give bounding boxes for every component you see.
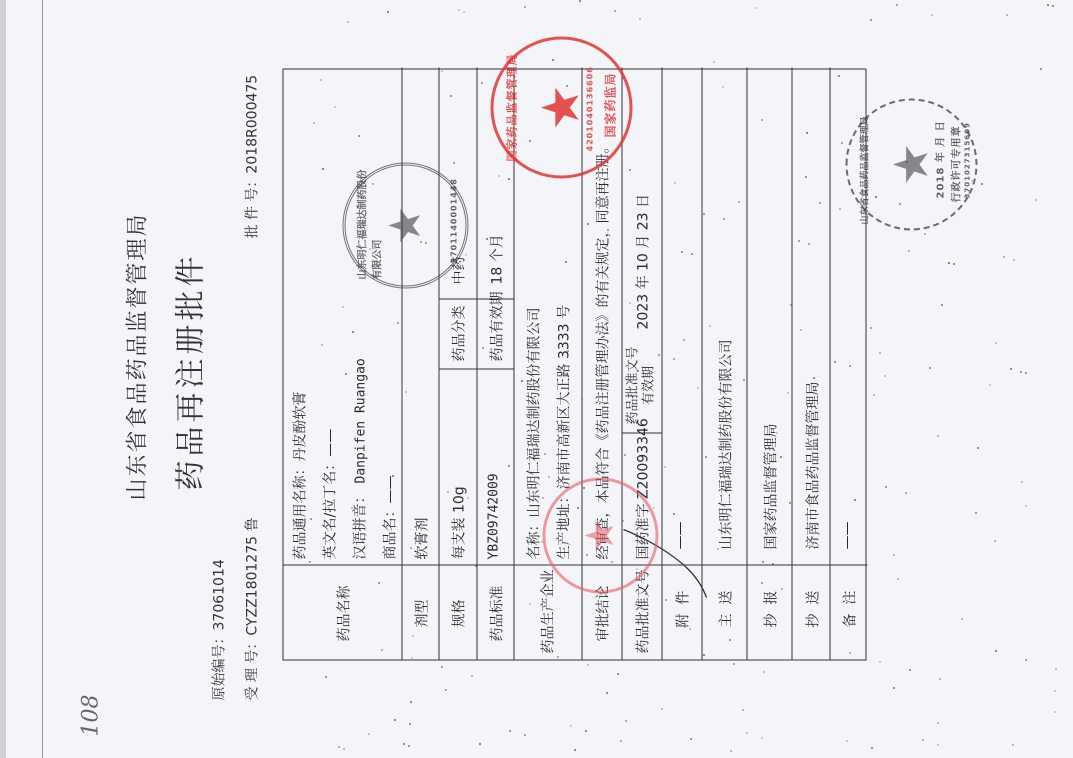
approval-validity-label: 药品批准文号有效期 (625, 343, 657, 427)
company-seal: ★ 山东明仁福瑞达制药股份有限公司 3701140001448 (342, 162, 468, 288)
red-seal-bottom: 国家药监局 (601, 72, 618, 137)
validity-value: 18 个月 (486, 234, 506, 284)
generic-name: 药品通用名称：丹皮酚软膏 (289, 391, 309, 559)
pinyin-name-value: Danpifen Ruangao (353, 358, 368, 483)
manufacturer-name-label: 名称： (526, 517, 542, 559)
manufacturer-name-value: 山东明仁福瑞达制药股份有限公司 (526, 307, 542, 517)
specification-value: 每支装 10g (448, 486, 468, 559)
manufacturer-label: 药品生产企业 (537, 569, 557, 653)
trade-name: 商品名：—— (379, 475, 399, 559)
original-number-label: 原始编号： (211, 630, 227, 700)
approval-doc-number: 批 件 号：2018R000475 (241, 74, 261, 238)
cc-report-value: 国家药品监督管理局 (760, 423, 780, 549)
star-icon: ★ (577, 517, 623, 553)
original-number-value: 37061014 (211, 559, 227, 630)
english-latin-name-label: 英文名/拉丁名： (322, 456, 338, 559)
bureau-seal-text: 山东省食品药品监督管理局 (857, 116, 870, 224)
dosage-form-value: 软膏剂 (411, 517, 431, 559)
manufacturer-name: 名称：山东明仁福瑞达制药股份有限公司 (523, 307, 543, 559)
faint-red-seal: ★ (542, 477, 658, 593)
english-latin-name: 英文名/拉丁名：—— (319, 428, 339, 559)
document-page: 山东省食品药品监督管理局 药品再注册批件 原始编号：37061014 受 理 号… (0, 0, 1073, 758)
trade-name-label: 商品名： (382, 503, 398, 559)
main-recipient-label: 主 送 (715, 590, 735, 627)
english-latin-name-value: —— (322, 428, 338, 456)
red-seal-code: 4201040136606 (585, 66, 594, 151)
acceptance-number-label: 受 理 号： (244, 635, 260, 700)
red-official-seal: ★ 国家药品监督管理局 国家药监局 4201040136606 (490, 36, 632, 178)
bureau-seal-code: 3701027315609 (963, 122, 971, 198)
remarks-label: 备 注 (839, 590, 859, 627)
approval-doc-number-label: 批 件 号： (244, 173, 260, 238)
star-icon: ★ (380, 205, 431, 244)
bureau-seal-date: 2018 年 月 日 (931, 120, 946, 198)
validity-label: 药品有效期 (486, 291, 506, 361)
main-recipient-value: 山东明仁福瑞达制药股份有限公司 (715, 339, 735, 549)
bureau-seal: ★ 山东省食品药品监督管理局 2018 年 月 日 行政许可专用章 370102… (845, 98, 977, 230)
acceptance-number-value: CYZZ1801275 鲁 (244, 517, 260, 635)
dosage-form-label: 剂型 (411, 599, 431, 627)
drug-name-label: 药品名称 (333, 585, 353, 641)
handwritten-note: 108 (78, 694, 103, 736)
drug-standard-label: 药品标准 (486, 585, 506, 641)
specification-label: 规格 (448, 599, 468, 627)
generic-name-value: 丹皮酚软膏 (292, 391, 308, 461)
pinyin-name-label: 汉语拼音： (352, 489, 368, 559)
red-seal-text: 国家药品监督管理局 (503, 53, 519, 161)
pinyin-name: 汉语拼音：Danpifen Ruangao (349, 358, 369, 559)
drug-standard-value: YBZ09742009 (486, 473, 501, 559)
company-seal-text: 山东明仁福瑞达制药股份有限公司 (353, 165, 383, 279)
cc-send-label: 抄 送 (802, 590, 822, 627)
acceptance-number: 受 理 号：CYZZ1801275 鲁 (241, 517, 261, 700)
issuer-title: 山东省食品药品监督管理局 (120, 212, 151, 500)
drug-category-label: 药品分类 (448, 305, 468, 361)
approval-validity-value: 2023 年 10 月 23 日 (632, 193, 652, 329)
manufacturer-address-value: 济南市高新区大正路 3333 号 (556, 304, 572, 489)
company-seal-code: 3701140001448 (449, 178, 458, 263)
star-icon: ★ (531, 84, 591, 131)
bureau-seal-bottom: 行政许可专用章 (947, 125, 962, 202)
original-number: 原始编号：37061014 (208, 559, 228, 700)
document-title: 药品再注册批件 (165, 252, 209, 490)
approval-doc-number-value: 2018R000475 (244, 74, 260, 173)
cc-send-value: 济南市食品药品监督管理局 (802, 381, 822, 549)
generic-name-label: 药品通用名称： (292, 461, 308, 559)
cc-report-label: 抄 报 (760, 590, 780, 627)
remarks-value: —— (839, 521, 855, 549)
trade-name-value: —— (382, 475, 398, 503)
